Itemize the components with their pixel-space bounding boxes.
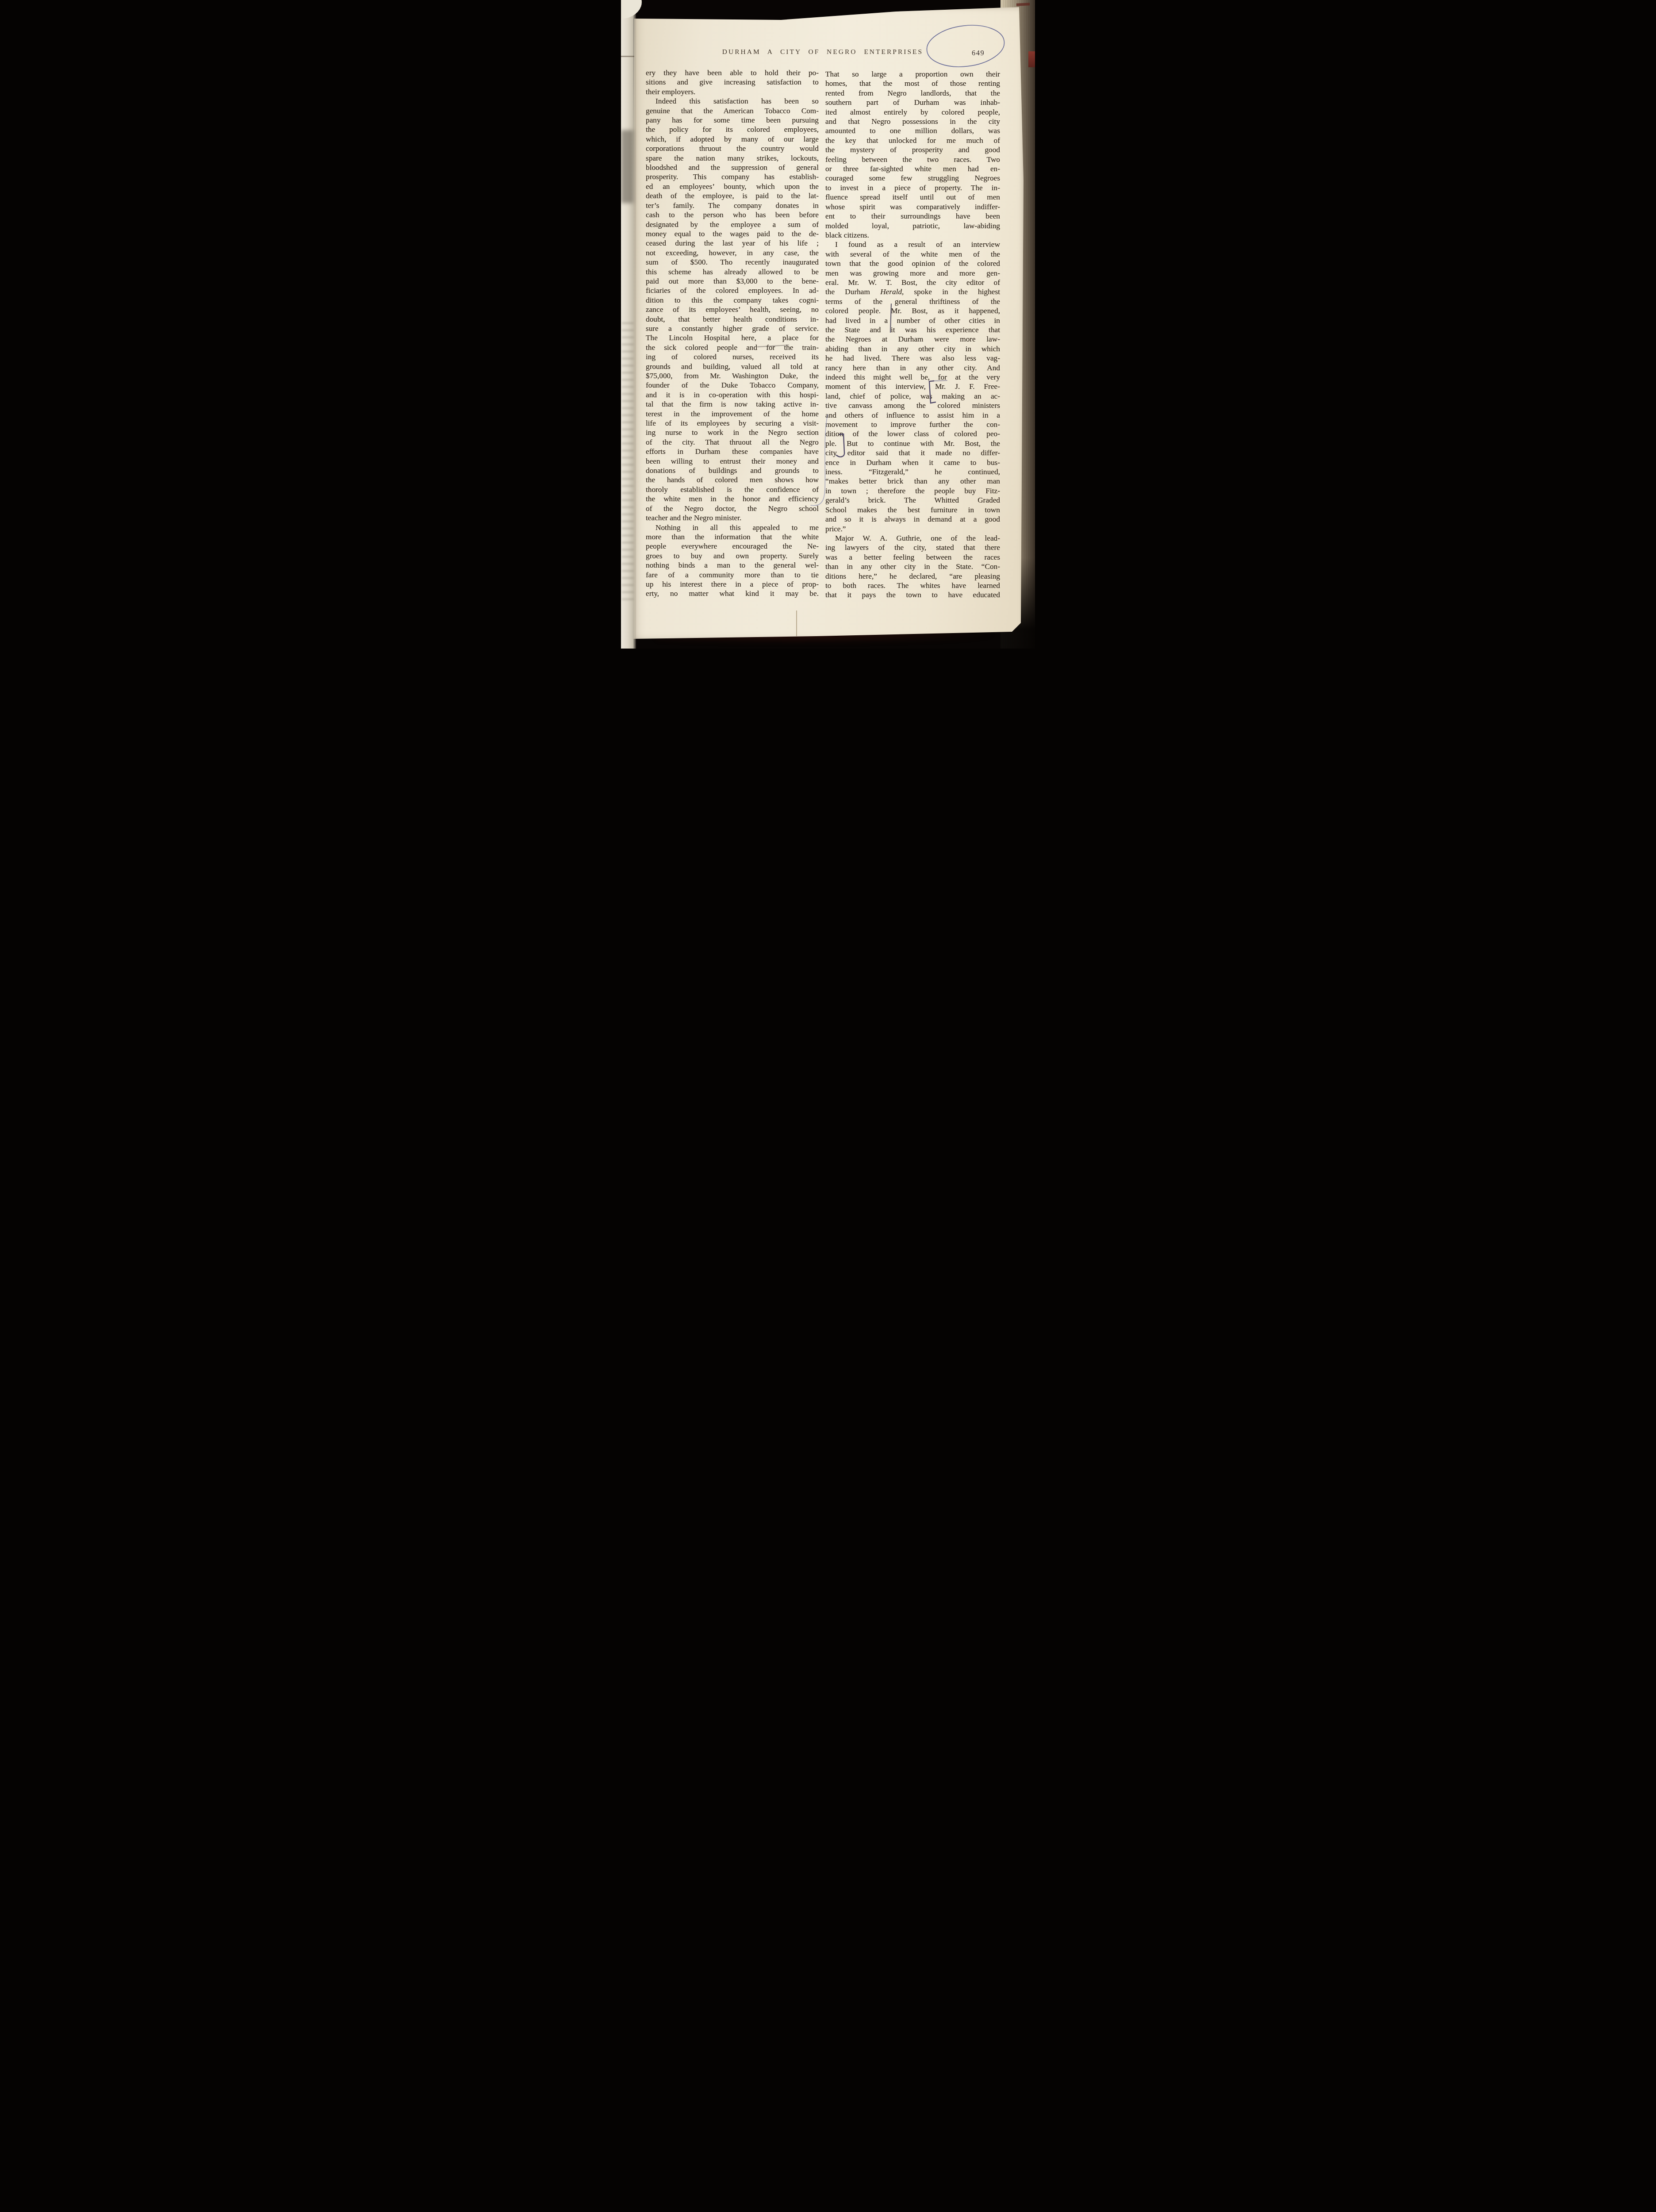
- text-line: the State and it was his experience that: [825, 325, 1000, 334]
- previous-page-photo-blur: [621, 130, 633, 203]
- text-line: dition to this the company takes cogni-: [646, 296, 819, 305]
- italic-text: Herald,: [880, 288, 904, 296]
- text-line: ing lawyers of the city, stated that the…: [825, 543, 1000, 552]
- previous-page-text-blur: [622, 317, 633, 600]
- text-line: their employers.: [646, 87, 819, 96]
- text-line: the sick colored people and for the trai…: [646, 343, 819, 352]
- text-line: amounted to one million dollars, was: [825, 126, 1000, 135]
- text-line: founder of the Duke Tobacco Company,: [646, 380, 819, 390]
- text-line: bloodshed and the suppression of general: [646, 163, 819, 172]
- paper-crease: [796, 611, 797, 636]
- text-column-right: That so large a proportion own theirhome…: [825, 69, 1000, 600]
- text-line: spare the nation many strikes, lockouts,: [646, 154, 819, 163]
- text-line: moment of this interview, Mr. J. F. Free…: [825, 382, 1000, 391]
- text-line: southern part of Durham was inhab-: [825, 98, 1000, 107]
- text-line: the white men in the honor and efficienc…: [646, 494, 819, 503]
- text-line: the Durham Herald, spoke in the highest: [825, 287, 1000, 296]
- text-line: in town ; therefore the people buy Fitz-: [825, 486, 1000, 495]
- text-line: feeling between the two races. Two: [825, 155, 1000, 164]
- text-line: molded loyal, patriotic, law-abiding: [825, 221, 1000, 230]
- text-line: with several of the white men of the: [825, 250, 1000, 259]
- text-line: ceased during the last year of his life …: [646, 238, 819, 248]
- text-line: town that the good opinion of the colore…: [825, 259, 1000, 268]
- text-line: ery they have been able to hold their po…: [646, 68, 819, 77]
- text-line: the Negroes at Durham were more law-: [825, 334, 1000, 344]
- text-line: of the Negro doctor, the Negro school: [646, 504, 819, 513]
- text-line: fare of a community more than to tie: [646, 570, 819, 580]
- text-line: than in any other city in the State. “Co…: [825, 562, 1000, 571]
- text-line: been willing to entrust their money and: [646, 457, 819, 466]
- text-line: terms of the general thriftiness of the: [825, 297, 1000, 306]
- text-line: sure a constantly higher grade of servic…: [646, 324, 819, 333]
- text-line: gerald’s brick. The Whitted Graded: [825, 495, 1000, 505]
- text-line: School makes the best furniture in town: [825, 505, 1000, 515]
- text-line: and that Negro possessions in the city: [825, 117, 1000, 126]
- text-line: men was growing more and more gen-: [825, 269, 1000, 278]
- text-line: I found as a result of an interview: [825, 240, 1000, 249]
- text-line: he had lived. There was also less vag-: [825, 353, 1000, 363]
- page-number: 649: [972, 49, 985, 58]
- text-line: ter’s family. The company donates in: [646, 201, 819, 210]
- text-line: tal that the firm is now taking active i…: [646, 399, 819, 409]
- text-line: That so large a proportion own their: [825, 69, 1000, 79]
- text-line: cash to the person who has been before: [646, 210, 819, 219]
- text-line: and it is in co-operation with this hosp…: [646, 390, 819, 399]
- text-line: Indeed this satisfaction has been so: [646, 96, 819, 106]
- text-line: thoroly established is the confidence of: [646, 485, 819, 494]
- text-line: nothing binds a man to the general wel-: [646, 561, 819, 570]
- text-line: and so it is always in demand at a good: [825, 515, 1000, 524]
- text-line: the policy for its colored employees,: [646, 125, 819, 134]
- text-line: the mystery of prosperity and good: [825, 145, 1000, 154]
- previous-page-rule: [621, 56, 634, 57]
- text-line: pany has for some time been pursuing: [646, 115, 819, 125]
- text-line: donations of buildings and grounds to: [646, 466, 819, 475]
- text-line: eral. Mr. W. T. Bost, the city editor of: [825, 278, 1000, 287]
- text-line: whose spirit was comparatively indiffer-: [825, 202, 1000, 211]
- text-line: of the city. That thruout all the Negro: [646, 438, 819, 447]
- text-line: money equal to the wages paid to the de-: [646, 229, 819, 238]
- text-line: not exceeding, however, in any case, the: [646, 248, 819, 257]
- text-line: ficiaries of the colored employees. In a…: [646, 286, 819, 295]
- text-line: and others of influence to assist him in…: [825, 411, 1000, 420]
- text-line: life of its employees by securing a visi…: [646, 419, 819, 428]
- text-column-left: ery they have been able to hold their po…: [646, 68, 819, 599]
- text-line: erty, no matter what kind it may be.: [646, 589, 819, 598]
- text-line: to invest in a piece of property. The in…: [825, 183, 1000, 192]
- text-line: zance of its employees’ health, seeing, …: [646, 305, 819, 314]
- text-line: colored people. Mr. Bost, as it happened…: [825, 306, 1000, 315]
- text-line: the hands of colored men shows how: [646, 475, 819, 484]
- text-line: ing nurse to work in the Negro section: [646, 428, 819, 437]
- text-line: groes to buy and own property. Surely: [646, 551, 819, 561]
- text-line: paid out more than $3,000 to the bene-: [646, 276, 819, 286]
- text-line: indeed this might well be, for at the ve…: [825, 373, 1000, 382]
- text-line: “makes better brick than any other man: [825, 476, 1000, 486]
- text-line: had lived in a number of other cities in: [825, 316, 1000, 325]
- text-line: ent to their surroundings have been: [825, 211, 1000, 221]
- text-line: this scheme has already allowed to be: [646, 267, 819, 276]
- text-line: abiding than in any other city in which: [825, 344, 1000, 353]
- text-line: rented from Negro landlords, that the: [825, 88, 1000, 98]
- text-line: prosperity. This company has establish-: [646, 172, 819, 181]
- text-line: which, if adopted by many of our large: [646, 134, 819, 144]
- text-line: $75,000, from Mr. Washington Duke, the: [646, 371, 819, 380]
- text-line: or three far-sighted white men had en-: [825, 164, 1000, 173]
- text-line: that it pays the town to have educated: [825, 590, 1000, 599]
- text-line: ple. But to continue with Mr. Bost, the: [825, 439, 1000, 448]
- red-cover-sliver: [1028, 51, 1035, 67]
- text-line: land, chief of police, was making an ac-: [825, 392, 1000, 401]
- text-line: ited almost entirely by colored people,: [825, 108, 1000, 117]
- text-line: price.”: [825, 524, 1000, 534]
- text-line: movement to improve further the con-: [825, 420, 1000, 429]
- text-line: more than the information that the white: [646, 532, 819, 541]
- text-line: to both races. The whites have learned: [825, 581, 1000, 590]
- text-line: iness. “Fitzgerald,” he continued,: [825, 467, 1000, 476]
- text-line: black citizens.: [825, 230, 1000, 240]
- book-scan: DURHAM A CITY OF NEGRO ENTERPRISES 649 e…: [621, 0, 1035, 649]
- text-line: people everywhere encouraged the Ne-: [646, 541, 819, 551]
- text-line: genuine that the American Tobacco Com-: [646, 106, 819, 115]
- text-line: Nothing in all this appealed to me: [646, 523, 819, 532]
- text-line: rancy here than in any other city. And: [825, 363, 1000, 373]
- text-line: The Lincoln Hospital here, a place for: [646, 333, 819, 342]
- text-line: Major W. A. Guthrie, one of the lead-: [825, 534, 1000, 543]
- text-segment: spoke in the highest: [904, 288, 1000, 296]
- text-line: sitions and give increasing satisfaction…: [646, 77, 819, 87]
- page-title: DURHAM A CITY OF NEGRO ENTERPRISES: [663, 48, 982, 56]
- text-line: teacher and the Negro minister.: [646, 513, 819, 522]
- text-line: up his interest there in a piece of prop…: [646, 580, 819, 589]
- text-line: dition of the lower class of colored peo…: [825, 429, 1000, 438]
- text-line: efforts in Durham these companies have: [646, 447, 819, 456]
- text-line: homes, that the most of those renting: [825, 79, 1000, 88]
- text-line: sum of $500. Tho recently inaugurated: [646, 257, 819, 267]
- text-line: death of the employee, is paid to the la…: [646, 191, 819, 200]
- text-line: grounds and building, valued all told at: [646, 362, 819, 371]
- text-line: the key that unlocked for me much of: [825, 136, 1000, 145]
- text-line: ed an employees’ bounty, which upon the: [646, 182, 819, 191]
- text-line: ence in Durham when it came to bus-: [825, 458, 1000, 467]
- text-line: tive canvass among the colored ministers: [825, 401, 1000, 410]
- previous-page-curl: [621, 12, 636, 649]
- text-line: terest in the improvement of the home: [646, 409, 819, 419]
- text-line: ditions here,” he declared, “are pleasin…: [825, 572, 1000, 581]
- text-line: designated by the employee a sum of: [646, 220, 819, 229]
- text-line: city editor said that it made no differ-: [825, 448, 1000, 457]
- text-segment: the Durham: [825, 288, 880, 296]
- text-line: ing of colored nurses, received its: [646, 352, 819, 361]
- text-line: couraged some few struggling Negroes: [825, 173, 1000, 183]
- text-line: doubt, that better health conditions in-: [646, 315, 819, 324]
- text-line: was a better feeling between the races: [825, 553, 1000, 562]
- text-line: corporations thruout the country would: [646, 144, 819, 153]
- text-line: fluence spread itself until out of men: [825, 192, 1000, 202]
